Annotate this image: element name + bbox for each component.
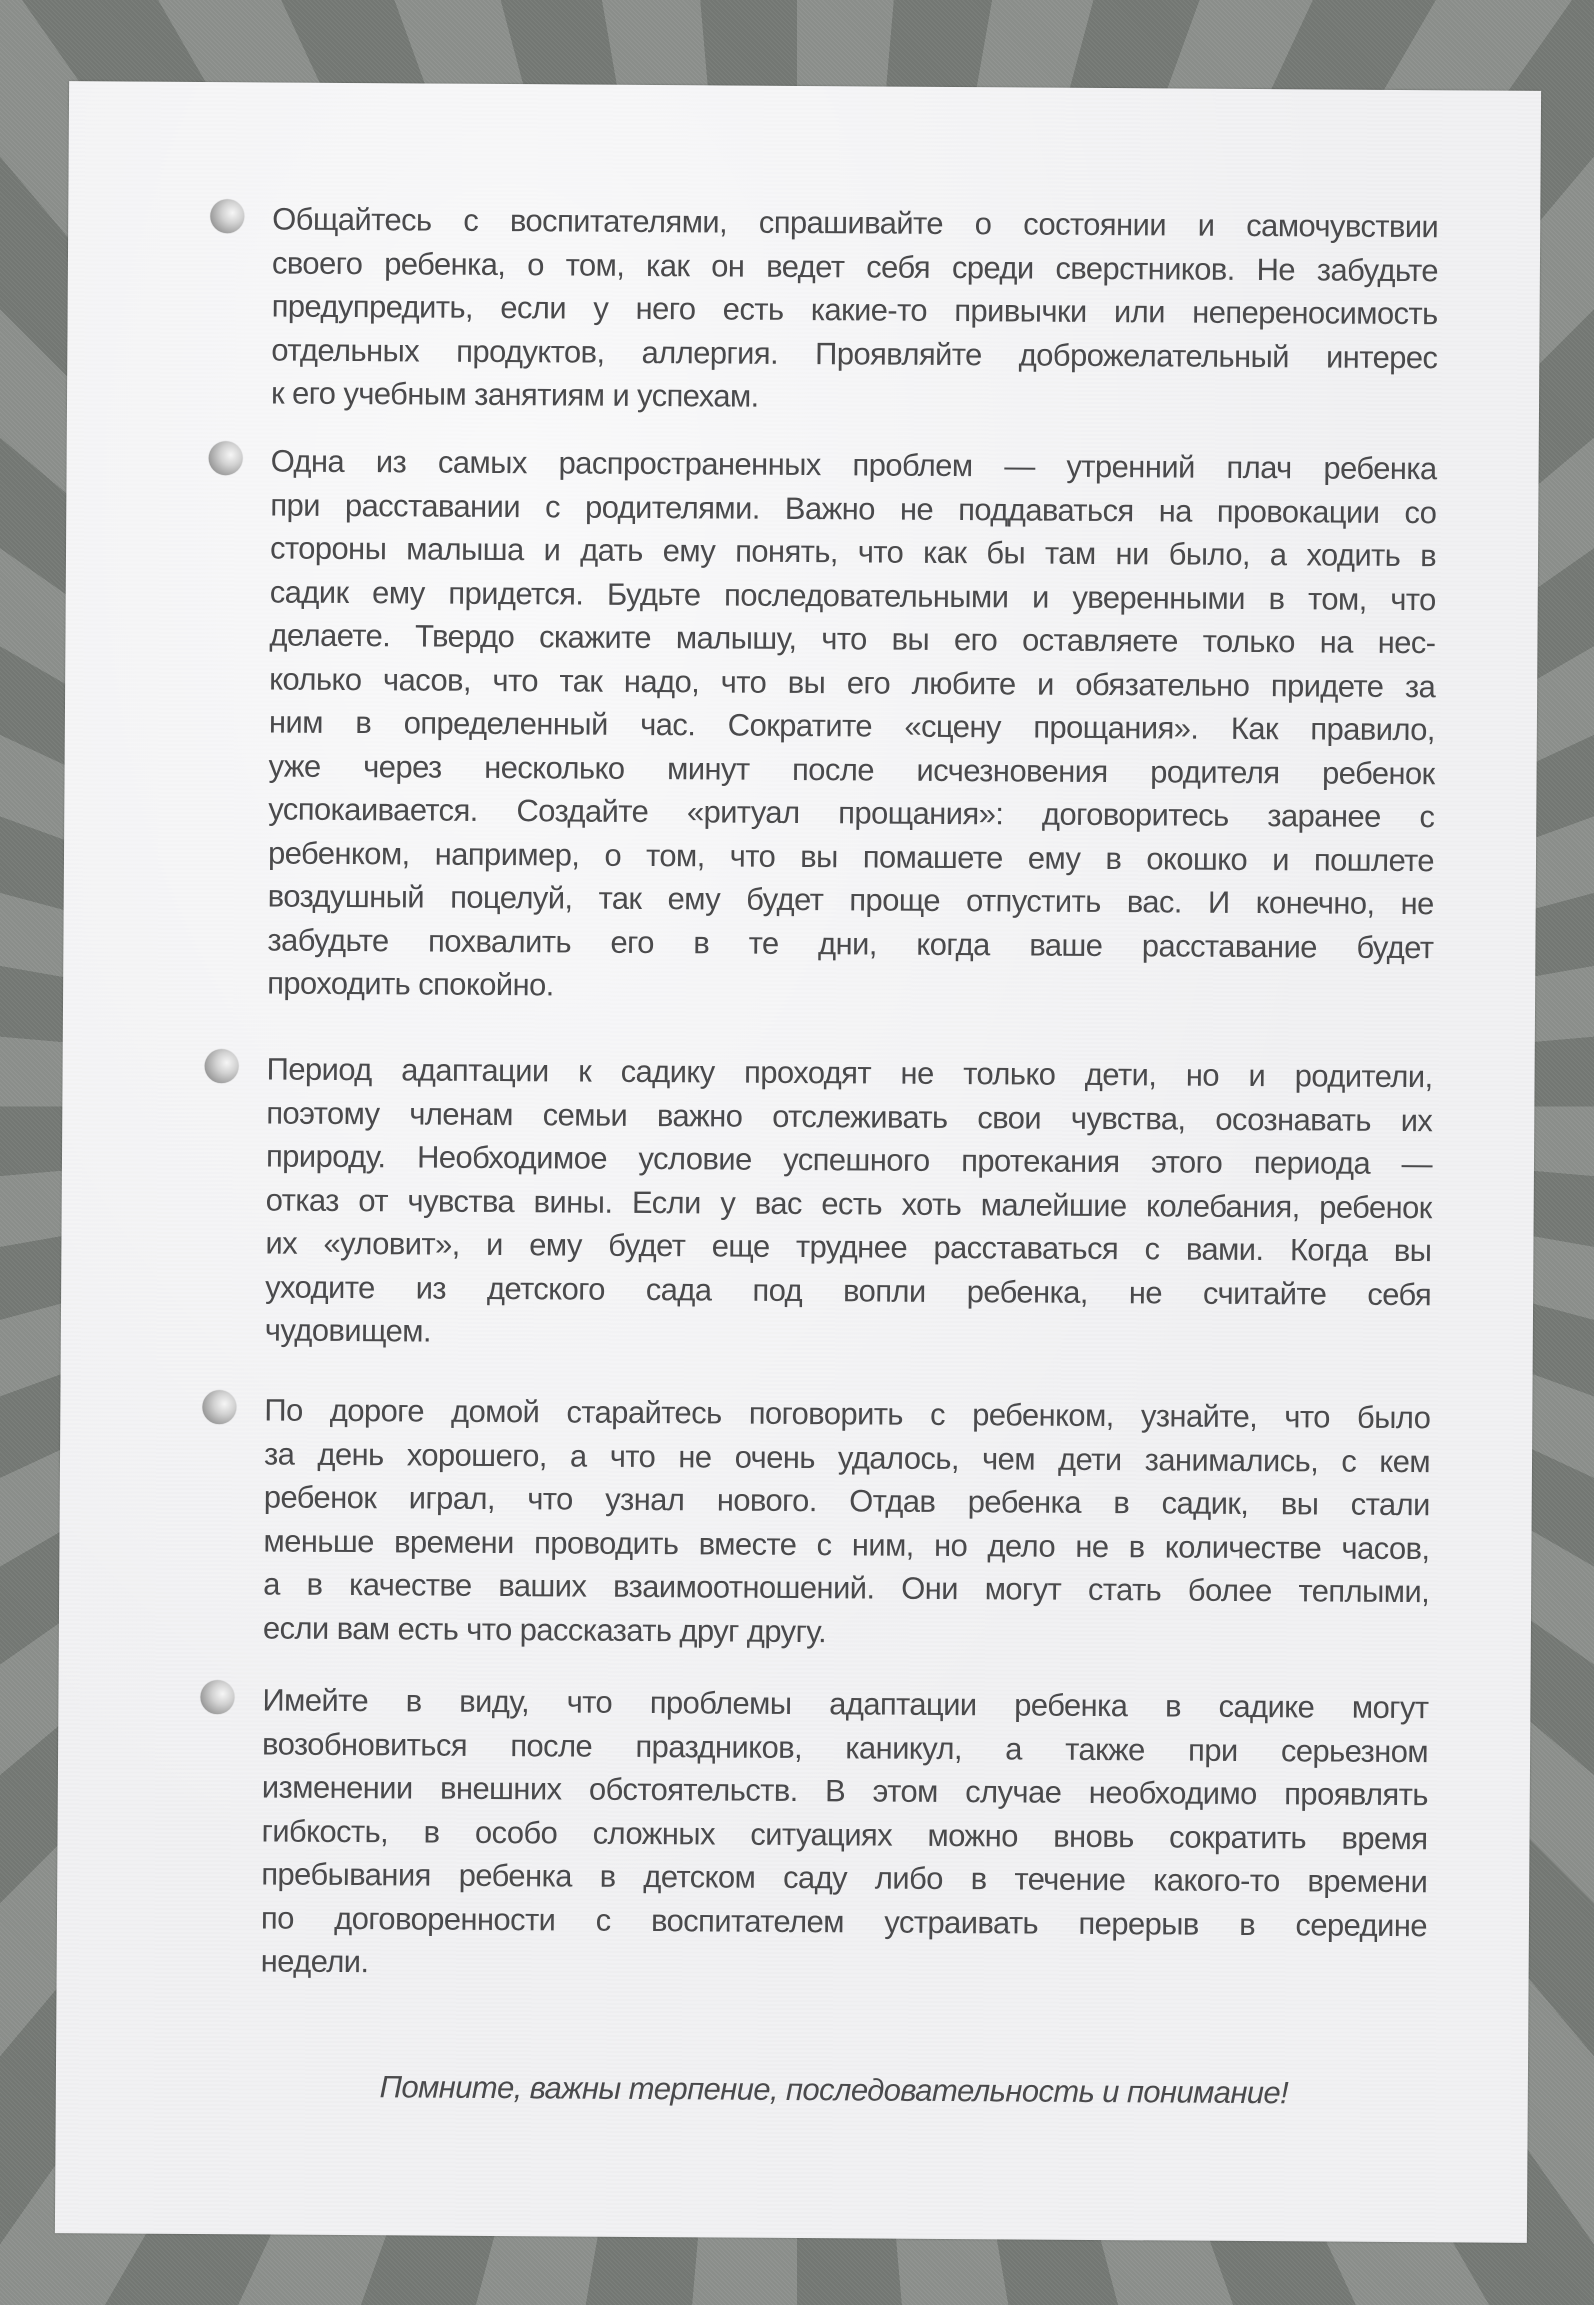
bullet-icon bbox=[205, 1049, 239, 1083]
paragraph-line: изменении внешних обстоятельств. В этом … bbox=[262, 1765, 1428, 1816]
paragraph-line: своего ребенка, о том, как он ведет себя… bbox=[272, 241, 1438, 292]
paragraph-line: их «уловит», и ему будет еще труднее рас… bbox=[265, 1221, 1431, 1272]
paragraph-line: стороны малыша и дать ему понять, что ка… bbox=[270, 526, 1436, 577]
paragraph-line: успокаивается. Создайте «ритуал прощания… bbox=[268, 787, 1434, 838]
paragraph-line: Одна из самых распространенных проблем —… bbox=[270, 439, 1436, 490]
bullet-icon bbox=[202, 1390, 236, 1424]
paragraph-line: ним в определенный час. Сократите «сцену… bbox=[269, 700, 1435, 751]
bullet-paragraph-4: По дороге домой старайтесь поговорить с … bbox=[263, 1388, 1431, 1657]
paragraph-line: уходите из детского сада под вопли ребен… bbox=[265, 1265, 1431, 1316]
bullet-paragraph-1: Общайтесь с воспитателями, спрашивайте о… bbox=[271, 197, 1438, 422]
paragraph-line: По дороге домой старайтесь поговорить с … bbox=[264, 1388, 1430, 1439]
paragraph-line: проходить спокойно. bbox=[267, 961, 1433, 1012]
paragraph-line: Общайтесь с воспитателями, спрашивайте о… bbox=[272, 197, 1438, 248]
bullet-paragraph-3: Период адаптации к садику проходят не то… bbox=[265, 1047, 1433, 1359]
paragraph-line: если вам есть что рассказать друг другу. bbox=[263, 1606, 1429, 1657]
paragraph-line: предупредить, если у него есть какие-то … bbox=[272, 284, 1438, 335]
paragraph-line: делаете. Твердо скажите малышу, что вы е… bbox=[269, 613, 1435, 664]
bullet-icon bbox=[209, 441, 243, 475]
paragraph-line: ребенком, например, о том, что вы помаше… bbox=[268, 831, 1434, 882]
paragraph-line: садик ему придется. Будьте последователь… bbox=[270, 570, 1436, 621]
paragraph-line: чудовищем. bbox=[265, 1308, 1431, 1359]
paragraph-line: за день хорошего, а что не очень удалось… bbox=[264, 1432, 1430, 1483]
paragraph-line: возобновиться после праздников, каникул,… bbox=[262, 1722, 1428, 1773]
paragraph-line: Период адаптации к садику проходят не то… bbox=[266, 1047, 1432, 1098]
paragraph-line: отдельных продуктов, аллергия. Проявляйт… bbox=[271, 328, 1437, 379]
closing-statement: Помните, важны терпение, последовательно… bbox=[316, 2069, 1352, 2112]
paragraph-line: недели. bbox=[261, 1939, 1427, 1990]
paragraph-line: по договоренности с воспитателем устраив… bbox=[261, 1896, 1427, 1947]
paragraph-line: Имейте в виду, что проблемы адаптации ре… bbox=[262, 1678, 1428, 1729]
paragraph-line: а в качестве ваших взаимоотношений. Они … bbox=[263, 1562, 1429, 1613]
paragraph-line: отказ от чувства вины. Если у вас есть х… bbox=[266, 1178, 1432, 1229]
paragraph-line: при расставании с родителями. Важно не п… bbox=[270, 483, 1436, 534]
paragraph-line: колько часов, что так надо, что вы его л… bbox=[269, 657, 1435, 708]
paragraph-line: к его учебным занятиям и успехам. bbox=[271, 371, 1437, 422]
bullet-paragraph-5: Имейте в виду, что проблемы адаптации ре… bbox=[261, 1678, 1429, 1990]
paragraph-line: ребенок играл, что узнал нового. Отдав р… bbox=[264, 1475, 1430, 1526]
paragraph-line: гибкость, в особо сложных ситуациях можн… bbox=[261, 1809, 1427, 1860]
paragraph-line: поэтому членам семьи важно отслеживать с… bbox=[266, 1091, 1432, 1142]
paragraph-line: пребывания ребенка в детском саду либо в… bbox=[261, 1852, 1427, 1903]
paragraph-line: меньше времени проводить вместе с ним, н… bbox=[263, 1519, 1429, 1570]
bullet-icon bbox=[210, 199, 244, 233]
paragraph-line: забудьте похвалить его в те дни, когда в… bbox=[267, 918, 1433, 969]
bullet-paragraph-2: Одна из самых распространенных проблем —… bbox=[267, 439, 1437, 1012]
paragraph-line: воздушный поцелуй, так ему будет проще о… bbox=[268, 874, 1434, 925]
bullet-icon bbox=[200, 1680, 234, 1714]
paragraph-line: природу. Необходимое условие успешного п… bbox=[266, 1134, 1432, 1185]
paper-sheet: Общайтесь с воспитателями, спрашивайте о… bbox=[55, 81, 1541, 2243]
paragraph-line: уже через несколько минут после исчезнов… bbox=[268, 744, 1434, 795]
